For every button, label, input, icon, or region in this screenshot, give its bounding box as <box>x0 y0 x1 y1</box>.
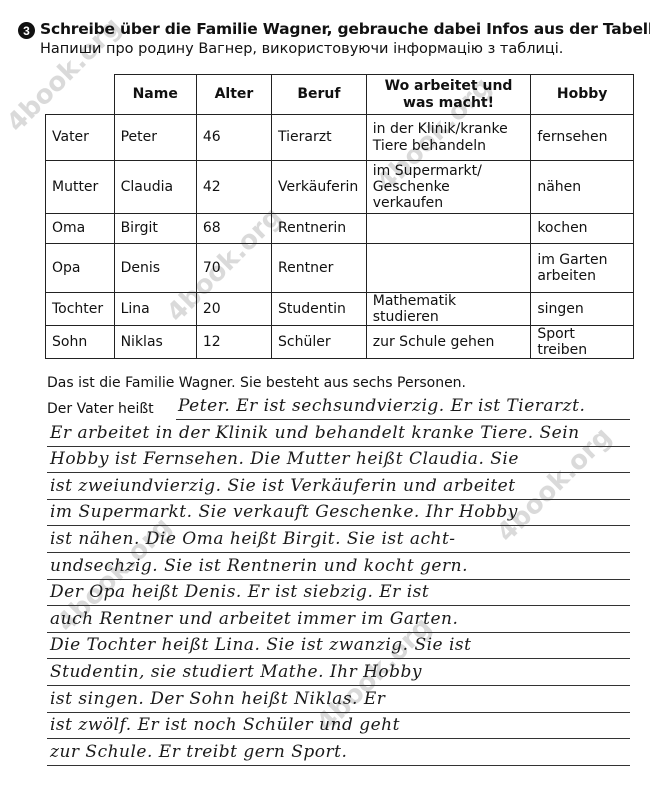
ruled-line <box>176 419 630 420</box>
table-cell: Rentnerin <box>272 214 367 244</box>
table-cell: Mathematik studieren <box>366 293 531 326</box>
table-cell: Birgit <box>114 214 196 244</box>
table-cell: Studentin <box>272 293 367 326</box>
table-cell: 12 <box>196 326 271 359</box>
table-row: Oma Birgit 68 Rentnerin kochen <box>46 214 634 244</box>
table-header-cell: Wo arbeitet und was macht! <box>366 75 531 115</box>
ruled-line <box>47 552 630 553</box>
ruled-line <box>47 446 630 447</box>
table-cell: Lina <box>114 293 196 326</box>
handwritten-answer-line[interactable]: Die Tochter heißt Lina. Sie ist zwanzig.… <box>50 635 472 655</box>
task-instruction-de: Schreibe über die Familie Wagner, gebrau… <box>40 20 650 38</box>
table-cell: Peter <box>114 115 196 161</box>
table-cell: 68 <box>196 214 271 244</box>
table-cell: 70 <box>196 244 271 293</box>
handwritten-answer-line[interactable]: zur Schule. Er treibt gern Sport. <box>50 742 347 762</box>
table-cell: 46 <box>196 115 271 161</box>
table-row: Tochter Lina 20 Studentin Mathematik stu… <box>46 293 634 326</box>
table-cell: zur Schule gehen <box>366 326 531 359</box>
prompt-sentence-start: Der Vater heißt <box>47 401 154 417</box>
handwritten-answer-line[interactable]: Hobby ist Fernsehen. Die Mutter heißt Cl… <box>50 449 519 469</box>
table-cell: in der Klinik/kranke Tiere behandeln <box>366 115 531 161</box>
table-row: Sohn Niklas 12 Schüler zur Schule gehen … <box>46 326 634 359</box>
table-cell: 20 <box>196 293 271 326</box>
table-row: Mutter Claudia 42 Verkäuferin im Superma… <box>46 161 634 214</box>
table-cell: Verkäuferin <box>272 161 367 214</box>
handwritten-answer-line[interactable]: ist zwölf. Er ist noch Schüler und geht <box>50 715 400 735</box>
table-row: Vater Peter 46 Tierarzt in der Klinik/kr… <box>46 115 634 161</box>
table-cell: Vater <box>46 115 115 161</box>
table-cell: Tochter <box>46 293 115 326</box>
table-cell: Opa <box>46 244 115 293</box>
table-cell: fernsehen <box>531 115 634 161</box>
ruled-line <box>47 712 630 713</box>
ruled-line <box>47 685 630 686</box>
table-cell: Claudia <box>114 161 196 214</box>
handwritten-answer-line[interactable]: ist nähen. Die Oma heißt Birgit. Sie ist… <box>50 529 456 549</box>
table-cell: Schüler <box>272 326 367 359</box>
family-table: Name Alter Beruf Wo arbeitet und was mac… <box>45 74 634 359</box>
table-cell: Denis <box>114 244 196 293</box>
table-row: Opa Denis 70 Rentner im Garten arbeiten <box>46 244 634 293</box>
table-cell: Mutter <box>46 161 115 214</box>
table-cell: Tierarzt <box>272 115 367 161</box>
handwritten-answer-line[interactable]: Er arbeitet in der Klinik und behandelt … <box>50 423 580 443</box>
ruled-line <box>47 738 630 739</box>
table-cell: im Supermarkt/ Geschenke verkaufen <box>366 161 531 214</box>
table-cell: Sport treiben <box>531 326 634 359</box>
ruled-line <box>47 632 630 633</box>
table-cell: kochen <box>531 214 634 244</box>
handwritten-answer-line[interactable]: Der Opa heißt Denis. Er ist siebzig. Er … <box>50 582 429 602</box>
table-cell: Niklas <box>114 326 196 359</box>
table-cell: im Garten arbeiten <box>531 244 634 293</box>
ruled-line <box>47 472 630 473</box>
ruled-line <box>47 605 630 606</box>
ruled-line <box>47 579 630 580</box>
table-cell: Sohn <box>46 326 115 359</box>
handwritten-answer-line[interactable]: Peter. Er ist sechsundvierzig. Er ist Ti… <box>178 396 585 416</box>
table-cell: Rentner <box>272 244 367 293</box>
table-cell <box>366 214 531 244</box>
ruled-line <box>47 525 630 526</box>
handwritten-answer-line[interactable]: undsechzig. Sie ist Rentnerin und kocht … <box>50 556 468 576</box>
table-cell: 42 <box>196 161 271 214</box>
handwritten-answer-line[interactable]: ist singen. Der Sohn heißt Niklas. Er <box>50 689 385 709</box>
ruled-line <box>47 499 630 500</box>
task-instruction-uk: Напиши про родину Вагнер, використовуючи… <box>40 41 563 57</box>
table-cell <box>366 244 531 293</box>
handwritten-answer-line[interactable]: im Supermarkt. Sie verkauft Geschenke. I… <box>50 502 518 522</box>
table-header-cell: Alter <box>196 75 271 115</box>
table-header-cell <box>46 75 115 115</box>
handwritten-answer-line[interactable]: ist zweiundvierzig. Sie ist Verkäuferin … <box>50 476 516 496</box>
intro-sentence: Das ist die Familie Wagner. Sie besteht … <box>47 375 466 391</box>
table-cell: Oma <box>46 214 115 244</box>
ruled-line <box>47 658 630 659</box>
handwritten-answer-line[interactable]: Studentin, sie studiert Mathe. Ihr Hobby <box>50 662 422 682</box>
table-header-row: Name Alter Beruf Wo arbeitet und was mac… <box>46 75 634 115</box>
task-number-badge: 3 <box>18 22 35 39</box>
table-cell: singen <box>531 293 634 326</box>
table-cell: nähen <box>531 161 634 214</box>
table-header-cell: Name <box>114 75 196 115</box>
ruled-line <box>47 765 630 766</box>
handwritten-answer-line[interactable]: auch Rentner und arbeitet immer im Garte… <box>50 609 458 629</box>
table-header-cell: Hobby <box>531 75 634 115</box>
table-header-cell: Beruf <box>272 75 367 115</box>
